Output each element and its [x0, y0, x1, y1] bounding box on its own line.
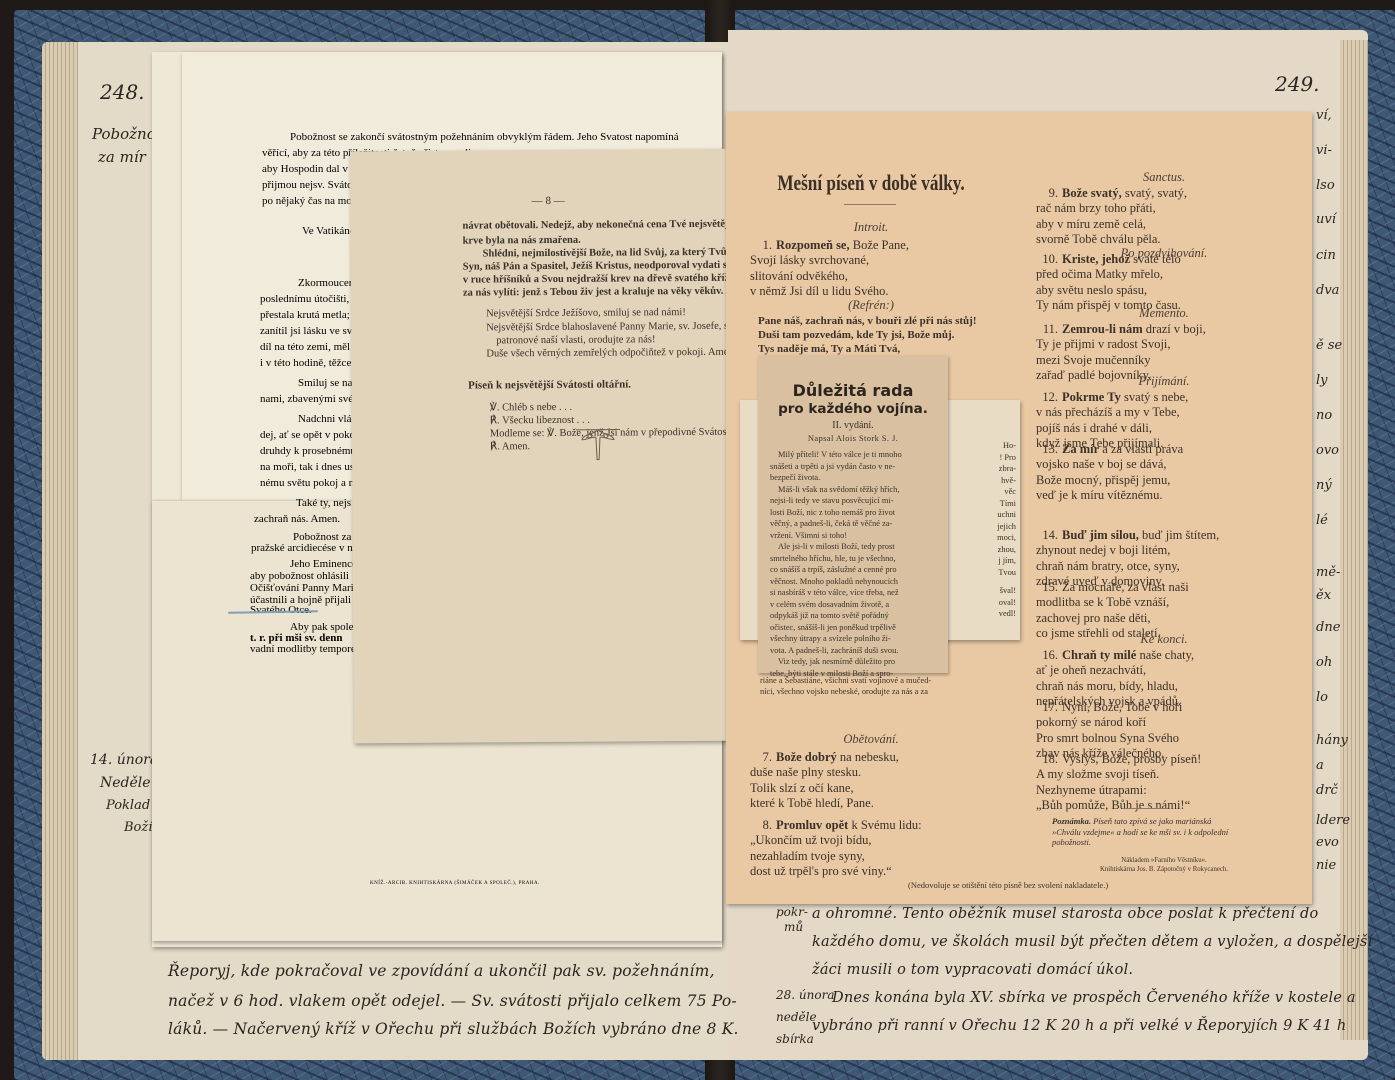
- text-fragment: šval!: [940, 585, 1016, 597]
- left-margin-note-5: Poklad: [106, 798, 150, 813]
- verse-line: modlitba se k Tobě vznáší,: [1036, 595, 1189, 610]
- prayer-line: díl na této zemi, měl: [260, 340, 350, 356]
- verse-line: vojsko naše v boj se dává,: [1036, 457, 1183, 472]
- prayer-line: na moři, tak i dnes us: [260, 460, 354, 476]
- text-fragment: Tími: [940, 498, 1016, 510]
- verse-lead: Chraň ty milé: [1062, 648, 1136, 662]
- verse-lead: Pokrme Ty: [1062, 390, 1121, 404]
- margin-fragment: mě-: [1316, 565, 1340, 580]
- verse-line: aby světu neslo spásu,: [1036, 283, 1181, 298]
- verse-lead: Bože svatý,: [1062, 186, 1122, 200]
- margin-fragment: vi-: [1316, 143, 1332, 158]
- verse-number: 17.: [1036, 700, 1058, 715]
- text-fragment: oval!: [940, 597, 1016, 609]
- section-heading: Sanctus.: [1016, 170, 1312, 185]
- handwritten-line: vybráno při ranní v Ořechu 12 K 20 h a p…: [812, 1018, 1346, 1034]
- verse-10: 10.Kriste, jehož svaté tělo před očima M…: [1036, 252, 1181, 314]
- body-line: vota. A padneš-li, zachráníš duši svou.: [770, 645, 902, 657]
- verse-lead: Rozpomeň se,: [776, 238, 850, 252]
- left-margin-note-6: Boží: [124, 820, 152, 835]
- ornament-icon: [574, 425, 622, 463]
- body-line: věčný, a padneš-li, čeká tě věčné za-: [770, 518, 902, 530]
- handwritten-line: a ohromné. Tento oběžník musel starosta …: [812, 906, 1318, 922]
- text-fragment: uchni: [940, 509, 1016, 521]
- leaflet-title-2: pro každého vojína.: [752, 401, 954, 417]
- publisher-line: Nákladem »Farního Věstníku«.: [1016, 856, 1312, 865]
- body-line: snášeti a trpěti a jsi vydán často v ne-: [770, 461, 902, 473]
- verse-line: v nás přecházíš a my v Tebe,: [1036, 405, 1188, 420]
- verse-line: pokorný se národ koří: [1036, 715, 1182, 730]
- verse-line: svatý s nebe,: [1124, 390, 1188, 404]
- prayer-line: dej, ať se opět v pokoj: [260, 428, 358, 444]
- verse-number: 10.: [1036, 252, 1058, 267]
- prayer-line: i v této hodině, těžce: [260, 356, 351, 372]
- page-marker: — 8 —: [350, 193, 746, 211]
- note-line: Píseň tato zpívá se jako mariánská: [1093, 816, 1211, 826]
- verse-line: mezi Svoje mučenníky: [1036, 353, 1206, 368]
- body-line: losti Boží, nic z toho nemáš pro život: [770, 507, 902, 519]
- margin-fragment: drč: [1316, 783, 1338, 798]
- section-heading: (Refrén:): [726, 298, 1016, 313]
- verse-number: 18.: [1036, 752, 1058, 767]
- body-line: bezpečí života.: [770, 472, 902, 484]
- verse-line: Bože mocný, přispěj jemu,: [1036, 473, 1183, 488]
- leaflet-author: Napsal Alois Stork S. J.: [758, 433, 948, 443]
- verse-line: slitování odvěkého,: [750, 269, 909, 284]
- margin-fragment: ěx: [1316, 588, 1331, 603]
- body-line: očistec, snášíš-li jen poněkud trpělivě: [770, 622, 902, 634]
- verse-line: Pro smrt bolnou Syna Svého: [1036, 731, 1182, 746]
- left-page-edges: [42, 42, 78, 1060]
- right-margin-note: sbírka: [776, 1032, 814, 1046]
- section-heading: Introit.: [726, 220, 1016, 235]
- memento-heading: Memento.: [1016, 306, 1312, 321]
- right-margin-note: mů: [784, 920, 803, 934]
- right-margin-note: neděle: [776, 1010, 817, 1024]
- verse-line: na nebesku,: [840, 750, 899, 764]
- booklet-line: návrat obětovali. Nedejž, aby nekonečná …: [462, 219, 735, 233]
- verse-line: A my složme svoji tíseň.: [1036, 767, 1201, 782]
- verse-line: které k Tobě hledí, Pane.: [750, 796, 899, 811]
- handwritten-line: načež v 6 hod. vlakem opět odejel. — Sv.…: [168, 992, 737, 1010]
- prayer-line: přestala krutá metla; te: [260, 308, 360, 324]
- verse-line: chraň nás moru, bídy, hladu,: [1036, 679, 1194, 694]
- body-line: si nasbíráš v této válce, více třeba, ne…: [770, 587, 902, 599]
- prayer-line: nami, zbavenými své hl: [260, 392, 364, 408]
- margin-fragment: oh: [1316, 655, 1332, 670]
- refrain-line: Duši tam pozvedám, kde Ty jsi, Bože můj.: [758, 328, 977, 342]
- body-line: smrtelného hříchu, hle, tu je všechno,: [770, 553, 902, 565]
- margin-fragment: dva: [1316, 283, 1339, 298]
- verse-line: Nezhyneme útrapami:: [1036, 783, 1201, 798]
- margin-fragment: lo: [1316, 690, 1328, 705]
- title-rule: [844, 204, 896, 205]
- note-line: pobožnosti.: [1052, 837, 1228, 848]
- verse-line: Svojí lásky svrchované,: [750, 253, 909, 268]
- verse-line: buď jim štítem,: [1142, 528, 1219, 542]
- text-fragment: zbra-: [940, 463, 1016, 475]
- verse-line: „Bůh pomůže, Bůh je s námi!“: [1036, 798, 1201, 813]
- leaflet-body: Milý příteli! V této válce je ti mnoho s…: [770, 449, 902, 679]
- handwritten-line: Řeporyj, kde pokračoval ve zpovídání a u…: [168, 962, 715, 980]
- section-heading: Memento.: [1016, 306, 1312, 321]
- prayer-line: Zkormoucení: [298, 276, 357, 292]
- margin-fragment: lé: [1316, 513, 1328, 528]
- verse-line: Za mocnáře, za vlast naši: [1062, 580, 1189, 594]
- text-fragment: moci,: [940, 532, 1016, 544]
- note-rule: [1122, 808, 1168, 809]
- verse-line: dost už trpěl's pro své viny.“: [750, 864, 922, 879]
- verse-line: nezahladím tvoje syny,: [750, 849, 922, 864]
- verse-line: k Svému lidu:: [851, 818, 921, 832]
- hymn-title: Mešní píseň v době války.: [758, 170, 984, 196]
- text-fragment: jejich: [940, 521, 1016, 533]
- verse-number: 14.: [1036, 528, 1058, 543]
- refrain-line: Tys naděje má, Ty a Máti Tvá,: [758, 342, 977, 356]
- verse-7: 7.Bože dobrý na nebesku, duše naše plny …: [750, 750, 899, 812]
- publisher-line: Knihtiskárna Jos. B. Zápotočný v Rokycan…: [1016, 865, 1312, 874]
- verse-line: Vyslyš, Bože, prosby píseň!: [1062, 752, 1201, 766]
- verse-lead: Bože dobrý: [776, 750, 837, 764]
- verse-line: rač nám brzy toho přáti,: [1036, 201, 1187, 216]
- text-fragment: vedl!: [940, 608, 1016, 620]
- leaflet-para: Ve Vatikáně,: [302, 224, 357, 240]
- verse-line: zachovej pro naše děti,: [1036, 611, 1189, 626]
- verse-lead: Zemrou-li nám: [1062, 322, 1143, 336]
- sanctus-heading: Sanctus.: [1016, 170, 1312, 185]
- body-line: co snášíš a trpíš, záslužné a cenné pro: [770, 564, 902, 576]
- body-line: Milý příteli! V této válce je ti mnoho: [770, 449, 902, 461]
- back-text-column-2: šval! oval! vedl!: [940, 585, 1016, 620]
- booklet-page-8: — 8 — návrat obětovali. Nedejž, aby neko…: [350, 149, 750, 744]
- section-heading: Ke konci.: [1016, 632, 1312, 647]
- note-line: »Chválu vzdejme« a hodí se ke mši sv. i …: [1052, 827, 1228, 838]
- text-fragment: zhou,: [940, 544, 1016, 556]
- note-block: Poznámka. Píseň tato zpívá se jako mariá…: [1052, 816, 1228, 848]
- body-line: tebe, býti stále v milosti Boží a spro-: [770, 668, 902, 680]
- verse-line: před očima Matky mřelo,: [1036, 267, 1181, 282]
- margin-fragment: no: [1316, 408, 1332, 423]
- ending-heading: Ke konci.: [1016, 632, 1312, 647]
- handwritten-line: každého domu, ve školách musil být přečt…: [812, 934, 1372, 950]
- verse-line: zhynout nedej v boji litém,: [1036, 543, 1219, 558]
- verse-line: veď je k míru vítěznému.: [1036, 488, 1183, 503]
- prayer-line: druhdy k prosebnému v: [260, 444, 364, 460]
- verse-number: 1.: [750, 238, 772, 253]
- margin-fragment: dne: [1316, 620, 1340, 635]
- invocation: Duše všech věrných zemřelých odpočiňtež …: [486, 345, 736, 362]
- communion-heading: Přijímání.: [1016, 374, 1312, 389]
- body-line: Ale jsi-li v milosti Boží, tedy prost: [770, 541, 902, 553]
- verse-line: a za vlasti práva: [1102, 442, 1183, 456]
- leaflet-para: aby Hospodin dal v ho: [262, 162, 362, 178]
- leaflet-para: přijmou nejsv. Svátost: [262, 178, 360, 194]
- leaflet-para: po nějaký čas na mod: [262, 194, 357, 210]
- verse-line: pojíš nás i drahé v dáli,: [1036, 421, 1188, 436]
- text-fragment: věc: [940, 486, 1016, 498]
- body-line: věčnost. Mnoho pokladů nehynoucích: [770, 576, 902, 588]
- prayer-line: nému světu pokoj a mír: [260, 476, 364, 492]
- section-heading: Přijímání.: [1016, 374, 1312, 389]
- right-page-edges: [1340, 40, 1368, 1040]
- margin-fragment: ldere: [1316, 813, 1350, 828]
- verse-line: svatý, svatý,: [1125, 186, 1187, 200]
- verse-9: 9.Bože svatý, svatý, svatý, rač nám brzy…: [1036, 186, 1187, 248]
- printer-imprint: KNÍŽ.-ARCIB. KNIHTISKÁRNA (ŠIMÁČEK A SPO…: [370, 876, 540, 892]
- verse-number: 7.: [750, 750, 772, 765]
- verse-lead: Kriste, jehož: [1062, 252, 1130, 266]
- leaflet-para: Pobožnost se zakončí svátostným požehnán…: [290, 130, 679, 146]
- text-line: níci, všechno vojsko nebeské, orodujte z…: [760, 686, 938, 698]
- booklet-line: za nás vylíti: jenž s Tebou živ jest a k…: [463, 284, 755, 302]
- verse-lead: Promluv opět: [776, 818, 848, 832]
- verse-line: Nyní, Bože, Tobě v hoři: [1062, 700, 1182, 714]
- verse-line: Ty je přijmi v radost Svoji,: [1036, 337, 1206, 352]
- prayer-line: Smiluj se nad: [298, 376, 358, 392]
- response-line: ℟. Amen.: [490, 439, 530, 455]
- margin-fragment: evo: [1316, 835, 1339, 850]
- left-margin-note-4: Neděle: [100, 775, 151, 791]
- body-line: Viz tedy, jak nesmírně důležito pro: [770, 656, 902, 668]
- body-line: vržení. Všimni si toho!: [770, 530, 902, 542]
- margin-fragment: a: [1316, 758, 1324, 773]
- copyright-note: (Nedovoluje se otištění této písně bez s…: [908, 878, 1108, 894]
- soldier-leaflet: Důležitá rada pro každého vojína. II. vy…: [758, 355, 948, 673]
- verse-number: 16.: [1036, 648, 1058, 663]
- handwritten-line: žáci musili o tom vypracovati domácí úko…: [812, 962, 1133, 978]
- verse-line: duše naše plny stesku.: [750, 765, 899, 780]
- body-line: všechny útrapy a svízele polního ži-: [770, 633, 902, 645]
- offertory-heading: Obětování.: [726, 732, 1016, 747]
- text-fragment: Tvou: [940, 567, 1016, 579]
- lower-line: vadní modlitby tempore: [250, 642, 356, 658]
- margin-fragment: ví,: [1316, 108, 1332, 123]
- note-lead: Poznámka.: [1052, 816, 1091, 826]
- margin-fragment: ě se: [1316, 338, 1342, 353]
- back-text-column: Ho- ! Pro zbra- hvě- věc Tími uchni jeji…: [940, 440, 1016, 578]
- text-fragment: hvě-: [940, 475, 1016, 487]
- verse-13: 13.Za mír a za vlasti práva vojsko naše …: [1036, 442, 1183, 504]
- margin-fragment: hány: [1316, 733, 1348, 748]
- leaflet-edition: II. vydání.: [758, 420, 948, 431]
- verse-number: 13.: [1036, 442, 1058, 457]
- left-page-number: 248.: [100, 80, 145, 104]
- verse-line: „Ukončím už tvoji bídu,: [750, 833, 922, 848]
- prayer-line: Také ty, nejs: [296, 496, 351, 512]
- verse-8: 8.Promluv opět k Svému lidu: „Ukončím už…: [750, 818, 922, 880]
- margin-fragment: cin: [1316, 248, 1336, 263]
- body-line: Máš-li však na svědomí těžký hřích,: [770, 484, 902, 496]
- right-margin-note: pokr-: [776, 905, 808, 919]
- refrain-line: Pane náš, zachraň nás, v bouři zlé při n…: [758, 314, 977, 328]
- prayer-line: zachraň nás. Amen.: [254, 512, 340, 528]
- verse-18: 18.Vyslyš, Bože, prosby píseň! A my slož…: [1036, 752, 1201, 814]
- verse-line: Bože Pane,: [853, 238, 909, 252]
- verse-number: 11.: [1036, 322, 1058, 337]
- refrain-heading: (Refrén:): [726, 298, 1016, 313]
- right-margin-note: 28. února: [776, 988, 834, 1002]
- verse-number: 15.: [1036, 580, 1058, 595]
- lower-line: pražské arcidiecése v n: [251, 541, 353, 557]
- verse-line: naše chaty,: [1139, 648, 1194, 662]
- margin-fragment: lso: [1316, 178, 1335, 193]
- song-title: Píseň k nejsvětější Svátosti oltářní.: [352, 377, 748, 395]
- introit-heading: Introit.: [726, 220, 1016, 235]
- margin-fragment: nie: [1316, 858, 1336, 873]
- verse-number: 9.: [1036, 186, 1058, 201]
- verse-line: chraň nám bratry, otce, syny,: [1036, 559, 1219, 574]
- verse-line: svaté tělo: [1133, 252, 1181, 266]
- left-margin-note-3: 14. února: [90, 752, 158, 768]
- handwritten-line: láků. — Načervený kříž v Ořechu při služ…: [168, 1020, 739, 1038]
- leaflet-title-1: Důležitá rada: [758, 381, 948, 400]
- margin-fragment: ovo: [1316, 443, 1339, 458]
- verse-1: 1.Rozpomeň se, Bože Pane, Svojí lásky sv…: [750, 238, 909, 300]
- section-heading: Obětování.: [726, 732, 1016, 747]
- left-margin-note-2: za mír: [98, 148, 146, 166]
- margin-fragment: ly: [1316, 373, 1328, 388]
- body-line: v celém svém dosavadním životě, a: [770, 599, 902, 611]
- verse-line: aby v míru země celá,: [1036, 217, 1187, 232]
- verse-line: Tolik slzí z očí kane,: [750, 781, 899, 796]
- margin-fragment: uví: [1316, 212, 1336, 227]
- verse-number: 8.: [750, 818, 772, 833]
- text-fragment: j jím,: [940, 555, 1016, 567]
- verse-line: drazí v boji,: [1146, 322, 1206, 336]
- text-fragment: ! Pro: [940, 452, 1016, 464]
- prayer-line: poslednímu útočišti, k: [260, 292, 357, 308]
- verse-number: 12.: [1036, 390, 1058, 405]
- body-line: odpykáš již na tomto světě pořádný: [770, 610, 902, 622]
- body-line: nejsi-li tedy ve stavu posvěcující mi-: [770, 495, 902, 507]
- verse-line: ať je oheň nezachvátí,: [1036, 663, 1194, 678]
- text-fragment: Ho-: [940, 440, 1016, 452]
- right-page-number: 249.: [1275, 72, 1320, 96]
- verse-lead: Za mír: [1062, 442, 1099, 456]
- verse-lead: Buď jim silou,: [1062, 528, 1139, 542]
- margin-fragment: ný: [1316, 478, 1332, 493]
- publisher-block: Nákladem »Farního Věstníku«. Knihtiskárn…: [1016, 856, 1312, 874]
- handwritten-line: Dnes konána byla XV. sbírka ve prospěch …: [832, 990, 1356, 1006]
